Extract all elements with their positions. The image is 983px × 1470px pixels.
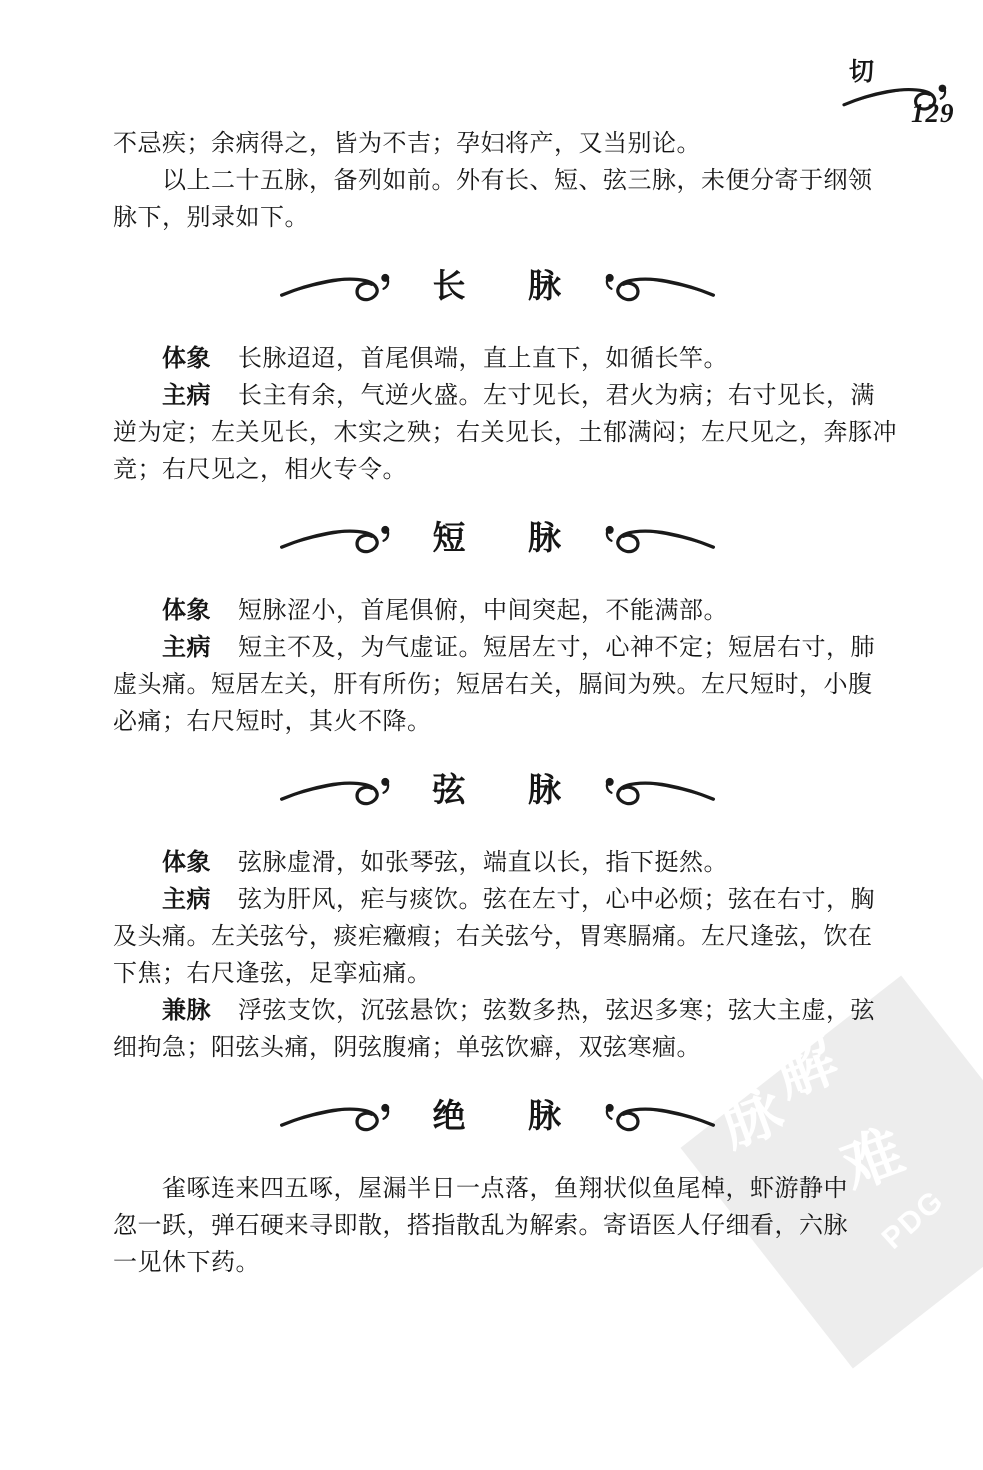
paragraph-text: 短脉涩小，首尾俱俯，中间突起，不能满部。 [238, 598, 728, 624]
paragraph-text: 弦脉虚滑，如张琴弦，端直以长，指下挺然。 [238, 850, 728, 876]
flourish-left-icon [279, 1097, 417, 1137]
paragraph-line: 忽一跃，弹石硬来寻即散，搭指散乱为解索。寄语医人仔细看，六脉 [113, 1208, 881, 1245]
flourish-right-icon [578, 519, 716, 559]
paragraph-label: 主病 [162, 630, 211, 667]
paragraph-line: 体象长脉迢迢，首尾俱端，直上直下，如循长竿。 [113, 341, 881, 378]
section-title-char: 脉 [528, 767, 562, 815]
section-header-expiring-pulse: 绝 脉 [113, 1093, 881, 1141]
paragraph-text: 浮弦支饮，沉弦悬饮；弦数多热，弦迟多寒；弦大主虚，弦 [238, 998, 875, 1024]
paragraph-line: 雀啄连来四五啄，屋漏半日一点落，鱼翔状似鱼尾棹，虾游静中 [113, 1171, 881, 1208]
paragraph-text: 长主有余，气逆火盛。左寸见长，君火为病；右寸见长，满 [238, 383, 875, 409]
paragraph-line: 必痛；右尺短时，其火不降。 [113, 704, 881, 741]
book-page: 家 解 脉 难 PDG 切 129 不忌疾；余病得之，皆为不吉；孕妇将产，又当别… [0, 0, 983, 1470]
paragraph-line: 细拘急；阳弦头痛，阴弦腹痛；单弦饮癖，双弦寒痼。 [113, 1030, 881, 1067]
flourish-right-icon [578, 267, 716, 307]
section-title-char: 弦 [433, 767, 467, 815]
paragraph-line: 虚头痛。短居左关，肝有所伤；短居右关，膈间为殃。左尺短时，小腹 [113, 667, 881, 704]
section-title-char: 脉 [528, 1093, 562, 1141]
paragraph-text: 长脉迢迢，首尾俱端，直上直下，如循长竿。 [238, 346, 728, 372]
paragraph-line: 体象弦脉虚滑，如张琴弦，端直以长，指下挺然。 [113, 845, 881, 882]
paragraph-line: 兼脉浮弦支饮，沉弦悬饮；弦数多热，弦迟多寒；弦大主虚，弦 [113, 993, 881, 1030]
paragraph-label: 主病 [162, 378, 211, 415]
section-title-char: 短 [433, 515, 467, 563]
flourish-left-icon [279, 267, 417, 307]
paragraph-line: 主病短主不及，为气虚证。短居左寸，心神不定；短居右寸，肺 [113, 630, 881, 667]
flourish-left-icon [279, 519, 417, 559]
section-title-char: 绝 [433, 1093, 467, 1141]
flourish-right-icon [578, 771, 716, 811]
section-header-long-pulse: 长 脉 [113, 263, 881, 311]
paragraph-line: 下焦；右尺逢弦，足挛疝痛。 [113, 956, 881, 993]
paragraph-label: 体象 [162, 845, 211, 882]
paragraph-label: 兼脉 [162, 993, 211, 1030]
text-column: 不忌疾；余病得之，皆为不吉；孕妇将产，又当别论。 以上二十五脉，备列如前。外有长… [113, 126, 881, 1282]
paragraph-label: 主病 [162, 882, 211, 919]
flourish-right-icon [578, 1097, 716, 1137]
intro-line: 不忌疾；余病得之，皆为不吉；孕妇将产，又当别论。 [113, 126, 881, 163]
paragraph-line: 逆为定；左关见长，木实之殃；右关见长，土郁满闷；左尺见之，奔豚冲 [113, 415, 881, 452]
section-title-char: 长 [433, 263, 467, 311]
intro-line: 脉下，别录如下。 [113, 200, 881, 237]
paragraph-text: 短主不及，为气虚证。短居左寸，心神不定；短居右寸，肺 [238, 635, 875, 661]
section-title-char: 脉 [528, 515, 562, 563]
section-header-short-pulse: 短 脉 [113, 515, 881, 563]
paragraph-label: 体象 [162, 593, 211, 630]
paragraph-text: 弦为肝风，疟与痰饮。弦在左寸，心中必烦；弦在右寸，胸 [238, 887, 875, 913]
section-title-char: 脉 [528, 263, 562, 311]
paragraph-line: 一见休下药。 [113, 1245, 881, 1282]
paragraph-line: 及头痛。左关弦兮，痰疟癥瘕；右关弦兮，胃寒膈痛。左尺逢弦，饮在 [113, 919, 881, 956]
intro-line: 以上二十五脉，备列如前。外有长、短、弦三脉，未便分寄于纲领 [113, 163, 881, 200]
paragraph-line: 主病长主有余，气逆火盛。左寸见长，君火为病；右寸见长，满 [113, 378, 881, 415]
page-number: 129 [911, 98, 955, 129]
paragraph-line: 体象短脉涩小，首尾俱俯，中间突起，不能满部。 [113, 593, 881, 630]
flourish-left-icon [279, 771, 417, 811]
section-header-wiry-pulse: 弦 脉 [113, 767, 881, 815]
paragraph-label: 体象 [162, 341, 211, 378]
paragraph-line: 竞；右尺见之，相火专令。 [113, 452, 881, 489]
paragraph-line: 主病弦为肝风，疟与痰饮。弦在左寸，心中必烦；弦在右寸，胸 [113, 882, 881, 919]
